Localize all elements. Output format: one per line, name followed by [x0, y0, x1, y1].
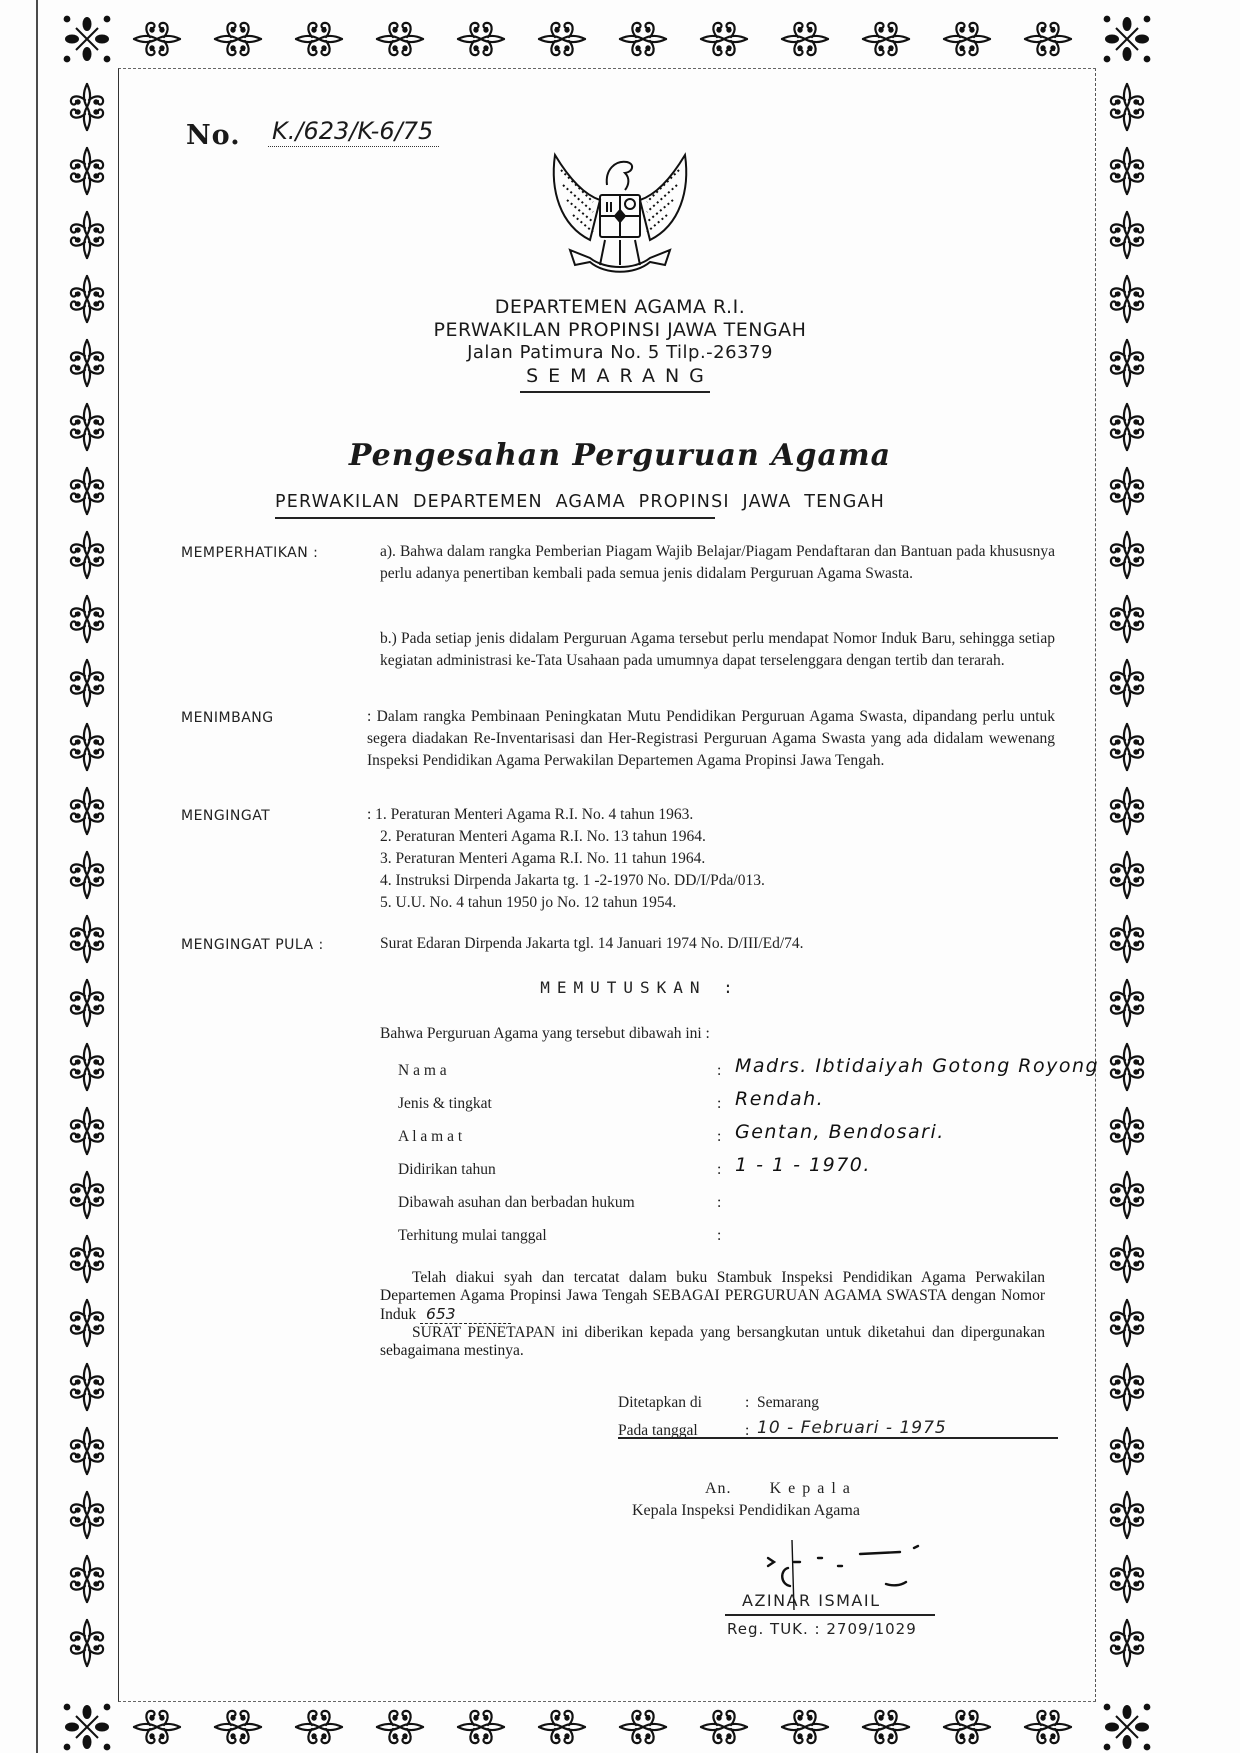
- signer-registration: Reg. TUK. : 2709/1029: [727, 1620, 917, 1638]
- document-number-value: K./623/K-6/75: [268, 117, 439, 147]
- corner-star-icon: [1100, 1700, 1154, 1753]
- decision-intro: Bahwa Perguruan Agama yang tersebut diba…: [380, 1025, 710, 1043]
- scroll-ornament-icon: [859, 12, 913, 66]
- field-colon: :: [717, 1128, 721, 1146]
- scroll-ornament-icon: [60, 1168, 114, 1222]
- on-behalf-kepala: Kepala: [770, 1480, 857, 1497]
- scroll-ornament-icon: [697, 12, 751, 66]
- mengingat-item: 2. Peraturan Menteri Agama R.I. No. 13 t…: [367, 826, 1057, 848]
- field-colon: :: [717, 1227, 721, 1245]
- scroll-ornament-icon: [616, 1700, 670, 1753]
- field-label-didirikan: Didirikan tahun: [398, 1161, 496, 1179]
- scroll-ornament-icon: [60, 1616, 114, 1670]
- scan-edge-line: [36, 0, 38, 1753]
- scroll-ornament-icon: [454, 1700, 508, 1753]
- field-label-asuhan: Dibawah asuhan dan berbadan hukum: [398, 1194, 635, 1212]
- mengingat-pula-label: MENGINGAT PULA :: [181, 937, 324, 953]
- scroll-ornament-icon: [778, 1700, 832, 1753]
- scroll-ornament-icon: [373, 1700, 427, 1753]
- scroll-ornament-icon: [292, 1700, 346, 1753]
- mengingat-label: MENGINGAT: [181, 808, 270, 824]
- scroll-ornament-icon: [60, 784, 114, 838]
- memperhatikan-point-a: a). Bahwa dalam rangka Pemberian Piagam …: [380, 541, 1055, 585]
- scroll-ornament-icon: [1100, 144, 1154, 198]
- scroll-ornament-icon: [60, 1360, 114, 1414]
- corner-star-icon: [60, 1700, 114, 1753]
- menimbang-text: : Dalam rangka Pembinaan Peningkatan Mut…: [367, 706, 1055, 772]
- scroll-ornament-icon: [60, 1104, 114, 1158]
- scroll-ornament-icon: [60, 1424, 114, 1478]
- scroll-ornament-icon: [1100, 848, 1154, 902]
- field-label-terhitung: Terhitung mulai tanggal: [398, 1227, 547, 1245]
- scroll-ornament-icon: [697, 1700, 751, 1753]
- scroll-ornament-icon: [1100, 80, 1154, 134]
- letterhead-province: PERWAKILAN PROPINSI JAWA TENGAH: [0, 319, 1240, 341]
- field-colon: :: [717, 1062, 721, 1080]
- scroll-ornament-icon: [1021, 1700, 1075, 1753]
- mengingat-list: : 1. Peraturan Menteri Agama R.I. No. 4 …: [367, 804, 1057, 914]
- field-value-alamat: Gentan, Bendosari.: [735, 1121, 945, 1143]
- corner-star-icon: [60, 12, 114, 66]
- document-subtitle: PERWAKILAN DEPARTEMEN AGAMA PROPINSI JAW…: [275, 492, 885, 512]
- scroll-ornament-icon: [1100, 1552, 1154, 1606]
- field-value-didirikan: 1 - 1 - 1970.: [735, 1154, 871, 1176]
- place-colon: :: [745, 1394, 749, 1412]
- scroll-ornament-icon: [1100, 720, 1154, 774]
- certificate-page: No. K./623/K-6/75 DEPARTEMEN AGAMA R.I. …: [0, 0, 1240, 1753]
- scroll-ornament-icon: [60, 720, 114, 774]
- scroll-ornament-icon: [211, 1700, 265, 1753]
- garuda-emblem-icon: [545, 140, 695, 280]
- scroll-ornament-icon: [130, 12, 184, 66]
- scroll-ornament-icon: [1100, 1616, 1154, 1670]
- scroll-ornament-icon: [130, 1700, 184, 1753]
- letterhead-address: Jalan Patimura No. 5 Tilp.-26379: [0, 342, 1240, 363]
- scroll-ornament-icon: [1100, 528, 1154, 582]
- scroll-ornament-icon: [1100, 656, 1154, 710]
- on-behalf-line: An.Kepala: [705, 1480, 857, 1498]
- nomor-induk-value: 653: [420, 1305, 511, 1324]
- scroll-ornament-icon: [60, 1232, 114, 1286]
- scroll-ornament-icon: [1100, 1232, 1154, 1286]
- mengingat-item: 5. U.U. No. 4 tahun 1950 jo No. 12 tahun…: [367, 892, 1057, 914]
- scroll-ornament-icon: [940, 12, 994, 66]
- scroll-ornament-icon: [60, 528, 114, 582]
- scroll-ornament-icon: [778, 12, 832, 66]
- scroll-ornament-icon: [60, 144, 114, 198]
- scroll-ornament-icon: [1100, 592, 1154, 646]
- scroll-ornament-icon: [1100, 1040, 1154, 1094]
- scroll-ornament-icon: [60, 1040, 114, 1094]
- scroll-ornament-icon: [60, 592, 114, 646]
- memperhatikan-label: MEMPERHATIKAN :: [181, 545, 318, 561]
- scroll-ornament-icon: [1021, 12, 1075, 66]
- field-label-alamat: A l a m a t: [398, 1128, 462, 1146]
- decision-heading: MEMUTUSKAN :: [0, 978, 1240, 997]
- scroll-ornament-icon: [1100, 208, 1154, 262]
- signer-underline: [725, 1614, 935, 1616]
- letterhead-city: SEMARANG: [0, 365, 1240, 387]
- scroll-ornament-icon: [60, 80, 114, 134]
- signer-name: AZINAR ISMAIL: [742, 1591, 881, 1610]
- scroll-ornament-icon: [1100, 1360, 1154, 1414]
- memperhatikan-point-b: b.) Pada setiap jenis didalam Perguruan …: [380, 628, 1055, 672]
- place-label: Ditetapkan di: [618, 1394, 702, 1412]
- field-label-nama: N a m a: [398, 1062, 447, 1080]
- memperhatikan-point-b-text: b.) Pada setiap jenis didalam Perguruan …: [380, 628, 1055, 672]
- letterhead-department: DEPARTEMEN AGAMA R.I.: [0, 296, 1240, 318]
- scroll-ornament-icon: [454, 12, 508, 66]
- scroll-ornament-icon: [60, 208, 114, 262]
- signature-block-rule: [618, 1437, 1058, 1439]
- scroll-ornament-icon: [1100, 1296, 1154, 1350]
- scroll-ornament-icon: [1100, 1488, 1154, 1542]
- scroll-ornament-icon: [1100, 1168, 1154, 1222]
- field-colon: :: [717, 1194, 721, 1212]
- field-colon: :: [717, 1095, 721, 1113]
- scroll-ornament-icon: [616, 12, 670, 66]
- signer-position: Kepala Inspeksi Pendidikan Agama: [632, 1502, 860, 1520]
- mengingat-item: : 1. Peraturan Menteri Agama R.I. No. 4 …: [367, 804, 1057, 826]
- scroll-ornament-icon: [60, 1296, 114, 1350]
- scroll-ornament-icon: [292, 12, 346, 66]
- date-value: 10 - Februari - 1975: [757, 1418, 947, 1438]
- document-number-label: No.: [186, 120, 241, 151]
- place-value: Semarang: [757, 1394, 819, 1412]
- menimbang-label: MENIMBANG: [181, 710, 274, 726]
- memperhatikan-point-a-text: a). Bahwa dalam rangka Pemberian Piagam …: [380, 541, 1055, 585]
- on-behalf-prefix: An.: [705, 1480, 732, 1497]
- scroll-ornament-icon: [1100, 1424, 1154, 1478]
- field-label-jenis-tingkat: Jenis & tingkat: [398, 1095, 492, 1113]
- scroll-ornament-icon: [211, 12, 265, 66]
- scroll-ornament-icon: [859, 1700, 913, 1753]
- letterhead-underline: [520, 391, 710, 393]
- scroll-ornament-icon: [60, 656, 114, 710]
- scroll-ornament-icon: [60, 1488, 114, 1542]
- scroll-ornament-icon: [1100, 784, 1154, 838]
- scroll-ornament-icon: [60, 848, 114, 902]
- scroll-ornament-icon: [373, 12, 427, 66]
- scroll-ornament-icon: [60, 1552, 114, 1606]
- subtitle-underline: [275, 517, 715, 519]
- decision-paragraph: Telah diakui syah dan tercatat dalam buk…: [380, 1269, 1045, 1360]
- corner-star-icon: [1100, 12, 1154, 66]
- decision-paragraph-part2: SURAT PENETAPAN ini diberikan kepada yan…: [380, 1324, 1045, 1359]
- scroll-ornament-icon: [1100, 1104, 1154, 1158]
- field-value-jenis-tingkat: Rendah.: [735, 1088, 824, 1110]
- mengingat-item: 3. Peraturan Menteri Agama R.I. No. 11 t…: [367, 848, 1057, 870]
- document-title: Pengesahan Perguruan Agama: [0, 438, 1240, 473]
- scroll-ornament-icon: [535, 1700, 589, 1753]
- scroll-ornament-icon: [1100, 912, 1154, 966]
- scroll-ornament-icon: [940, 1700, 994, 1753]
- field-value-nama: Madrs. Ibtidaiyah Gotong Royong: [735, 1055, 1099, 1077]
- scroll-ornament-icon: [60, 912, 114, 966]
- mengingat-pula-text: Surat Edaran Dirpenda Jakarta tgl. 14 Ja…: [380, 933, 1070, 955]
- scroll-ornament-icon: [535, 12, 589, 66]
- field-colon: :: [717, 1161, 721, 1179]
- mengingat-item: 4. Instruksi Dirpenda Jakarta tg. 1 -2-1…: [367, 870, 1057, 892]
